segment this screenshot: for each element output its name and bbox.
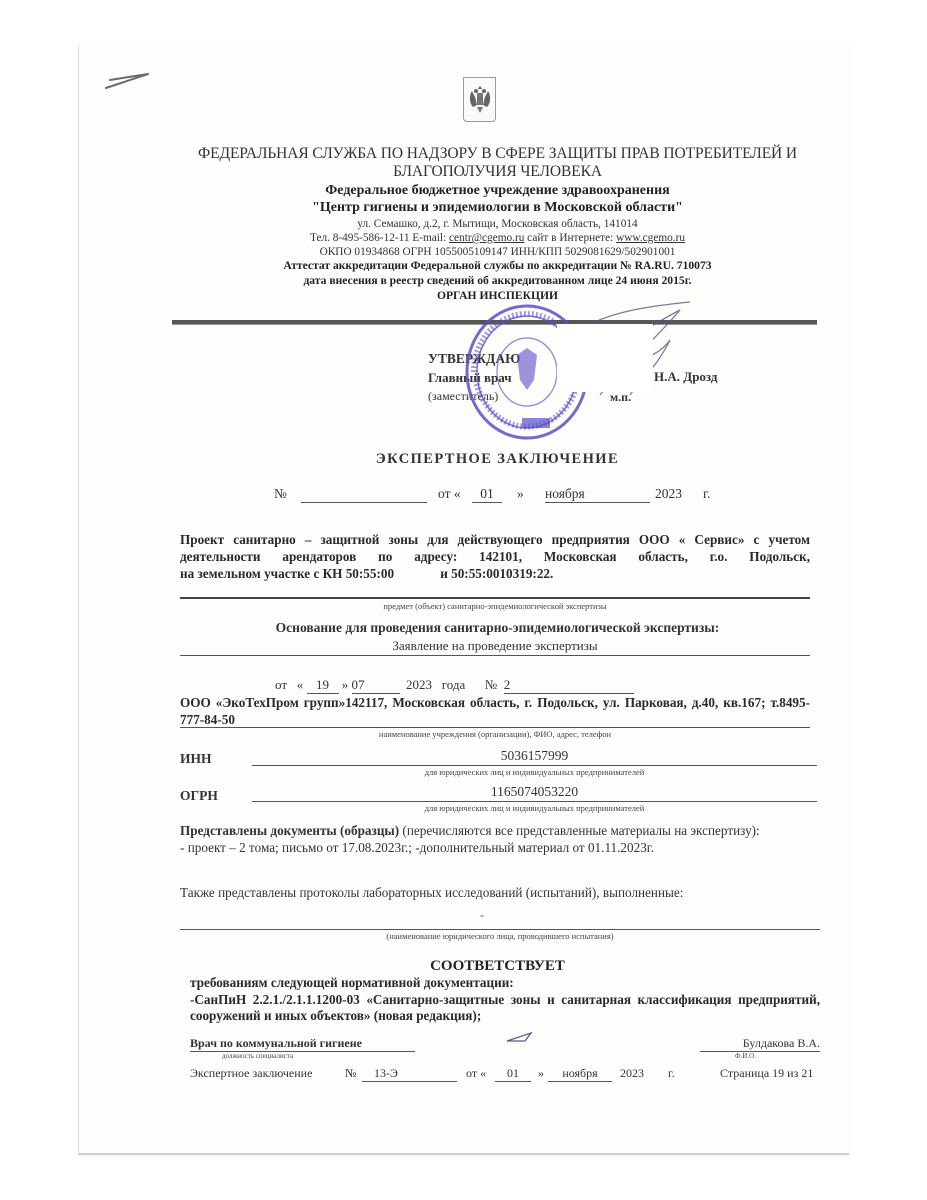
applicant-details: ООО «ЭкоТехПром групп»142117, Московская… xyxy=(180,694,810,728)
inn-value: 5036157999 xyxy=(252,748,817,766)
expertise-subject: Проект санитарно – защитной зоны для дей… xyxy=(180,531,810,582)
ogrn-value: 1165074053220 xyxy=(252,784,817,802)
basis-from-label: от xyxy=(275,677,287,692)
accreditation: Аттестат аккредитации Федеральной службы… xyxy=(170,258,825,273)
phone: Тел. 8-495-586-12-11 E-mail: xyxy=(310,232,449,244)
lab-caption: (наименование юридического лица, проводи… xyxy=(180,931,820,941)
ogrn-caption: для юридических лиц и индивидуальных пре… xyxy=(252,803,817,813)
basis-heading: Основание для проведения санитарно-эпиде… xyxy=(170,620,825,636)
footer-number: 13-Э xyxy=(362,1066,457,1082)
contacts-line: Тел. 8-495-586-12-11 E-mail: centr@cgemo… xyxy=(170,231,825,245)
page-total: 21 xyxy=(801,1066,813,1080)
lab-protocols-text: Также представлены протоколы лабораторны… xyxy=(180,885,810,901)
conclusion-requirements: требованиям следующей нормативной докуме… xyxy=(190,975,820,1025)
registry-date: дата внесения в реестр сведений об аккре… xyxy=(170,273,825,288)
documents-note: (перечисляются все представленные матери… xyxy=(399,823,760,838)
inn-label: ИНН xyxy=(180,751,212,767)
agency-name: ФЕДЕРАЛЬНАЯ СЛУЖБА ПО НАДЗОРУ В СФЕРЕ ЗА… xyxy=(170,145,825,181)
doc-day: 01 xyxy=(472,486,502,503)
subject-caption: предмет (объект) санитарно-эпидемиологич… xyxy=(180,601,810,611)
pen-mark-icon xyxy=(104,70,150,92)
institution-block: Федеральное бюджетное учреждение здравоо… xyxy=(170,182,825,216)
specialist-position: Врач по коммунальной гигиене xyxy=(190,1036,415,1052)
conclusion-intro: требованиям следующей нормативной докуме… xyxy=(190,975,820,992)
specialist-position-caption: должность специалиста xyxy=(222,1052,293,1060)
specialist-signature-icon xyxy=(505,1030,535,1044)
registration-codes: ОКПО 01934868 ОГРН 1055005109147 ИНН/КПП… xyxy=(170,245,825,259)
site-link[interactable]: www.cgemo.ru xyxy=(616,232,685,244)
footer-doc-label: Экспертное заключение xyxy=(190,1066,312,1081)
applicant-caption: наименование учреждения (организации), Ф… xyxy=(180,729,810,739)
footer-year-suffix: г. xyxy=(668,1066,675,1081)
footer-from-label: от « xyxy=(466,1066,486,1081)
address: ул. Семашко, д.2, г. Мытищи, Московская … xyxy=(170,217,825,231)
doc-month: ноября xyxy=(545,486,650,503)
lab-divider xyxy=(180,929,820,930)
footer-day: 01 xyxy=(495,1066,531,1082)
accreditation-block: Аттестат аккредитации Федеральной службы… xyxy=(170,258,825,303)
basis-number: 2 xyxy=(504,677,634,694)
basis-close-quote: » xyxy=(342,677,349,692)
doc-year-suffix: г. xyxy=(703,486,710,502)
contact-block: ул. Семашко, д.2, г. Мытищи, Московская … xyxy=(170,217,825,259)
coat-of-arms-icon xyxy=(463,77,496,122)
doc-from-label: от « xyxy=(438,486,461,502)
inn-caption: для юридических лиц и индивидуальных пре… xyxy=(252,767,817,777)
basis-month: 07 xyxy=(352,677,400,694)
documents-list: - проект – 2 тома; письмо от 17.08.2023г… xyxy=(180,839,810,856)
basis-value: Заявление на проведение экспертизы xyxy=(180,638,810,656)
specialist-name: Булдакова В.А. xyxy=(700,1036,820,1052)
specialist-name-caption: Ф.И.О. xyxy=(735,1052,756,1060)
institution-type: Федеральное бюджетное учреждение здравоо… xyxy=(170,182,825,199)
page-of-label: из xyxy=(787,1066,798,1080)
doc-year: 2023 xyxy=(655,486,682,502)
institution-name: "Центр гигиены и эпидемиологии в Московс… xyxy=(170,199,825,216)
footer-month: ноября xyxy=(548,1066,612,1082)
doc-number-field xyxy=(301,486,427,503)
doc-close-quote: » xyxy=(517,486,524,502)
lab-protocols-value: - xyxy=(480,908,484,923)
subject-divider xyxy=(180,597,810,599)
basis-open-quote: « xyxy=(297,677,304,692)
email-link[interactable]: centr@cgemo.ru xyxy=(449,232,524,244)
conclusion-verdict: СООТВЕТСТВУЕТ xyxy=(170,958,825,975)
site-label: сайт в Интернете: xyxy=(524,232,616,244)
documents-heading: Представлены документы (образцы) xyxy=(180,823,399,838)
footer-pagination: Страница 19 из 21 xyxy=(720,1066,813,1081)
page-number: 19 xyxy=(772,1066,784,1080)
document-title: ЭКСПЕРТНОЕ ЗАКЛЮЧЕНИЕ xyxy=(170,451,825,468)
ogrn-label: ОГРН xyxy=(180,788,218,804)
applicant-divider xyxy=(180,727,810,728)
basis-no-label: № xyxy=(485,677,497,692)
doc-no-label: № xyxy=(274,486,287,502)
basis-year-word: года xyxy=(442,677,466,692)
basis-day: 19 xyxy=(307,677,339,694)
basis-year: 2023 xyxy=(406,677,432,692)
footer-close-quote: » xyxy=(538,1066,544,1081)
redacted-area xyxy=(557,324,653,392)
page-label: Страница xyxy=(720,1066,769,1080)
basis-date-line: от « 19 » 07 2023 года № 2 xyxy=(275,677,634,694)
conclusion-norm: -СанПиН 2.2.1./2.1.1.1200-03 «Санитарно-… xyxy=(190,992,820,1025)
footer-no-label: № xyxy=(345,1066,356,1081)
submitted-documents: Представлены документы (образцы) (перечи… xyxy=(180,822,810,856)
footer-year: 2023 xyxy=(620,1066,644,1081)
